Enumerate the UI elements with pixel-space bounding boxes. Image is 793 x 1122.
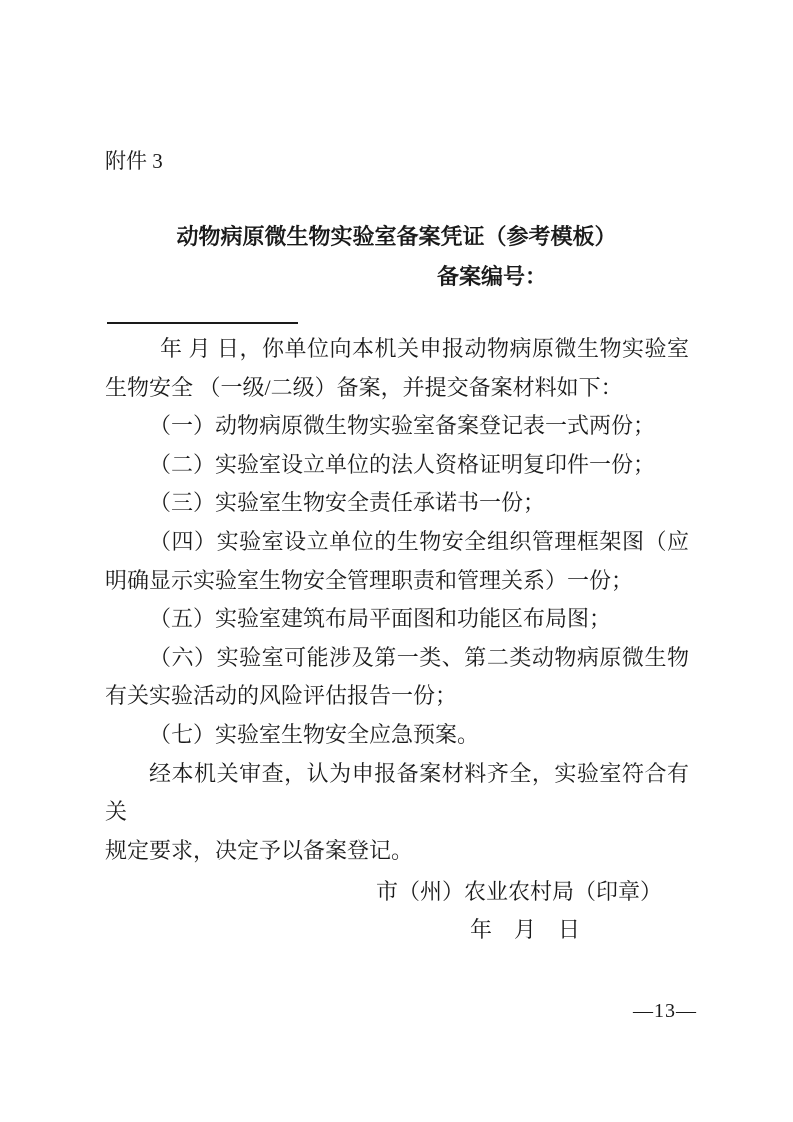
body-line: （五）实验室建筑布局平面图和功能区布局图； (105, 600, 689, 639)
attachment-label: 附件 3 (105, 148, 163, 174)
body-line: （七）实验室生物安全应急预案。 (105, 716, 689, 755)
document-page: 附件 3 动物病原微生物实验室备案凭证（参考模板） 备案编号： 年 月 日，你单… (0, 0, 793, 1122)
body-line: 生物安全 （一级/二级）备案，并提交备案材料如下： (105, 369, 689, 408)
document-title: 动物病原微生物实验室备案凭证（参考模板） (0, 222, 793, 252)
body-line: 有关实验活动的风险评估报告一份； (105, 677, 689, 716)
body-line: （四）实验室设立单位的生物安全组织管理框架图（应 (105, 523, 689, 562)
body-line: （三）实验室生物安全责任承诺书一份； (105, 484, 689, 523)
body-line: 规定要求，决定予以备案登记。 (105, 832, 689, 871)
body-line: 经本机关审查，认为申报备案材料齐全，实验室符合有关 (105, 755, 689, 832)
document-body: 年 月 日，你单位向本机关申报动物病原微生物实验室 生物安全 （一级/二级）备案… (105, 330, 689, 870)
body-line: （一）动物病原微生物实验室备案登记表一式两份； (105, 407, 689, 446)
body-line: （二）实验室设立单位的法人资格证明复印件一份； (105, 446, 689, 485)
blank-fill-line (107, 322, 298, 324)
body-line: 年 月 日，你单位向本机关申报动物病原微生物实验室 (105, 330, 689, 369)
signature-date: 年 月 日 (470, 911, 580, 950)
body-line: 明确显示实验室生物安全管理职责和管理关系）一份； (105, 562, 689, 601)
page-number: —13— (633, 998, 697, 1024)
signature-organization: 市（州）农业农村局（印章） (376, 873, 662, 912)
filing-number-label: 备案编号： (437, 262, 547, 292)
body-line: （六）实验室可能涉及第一类、第二类动物病原微生物 (105, 639, 689, 678)
